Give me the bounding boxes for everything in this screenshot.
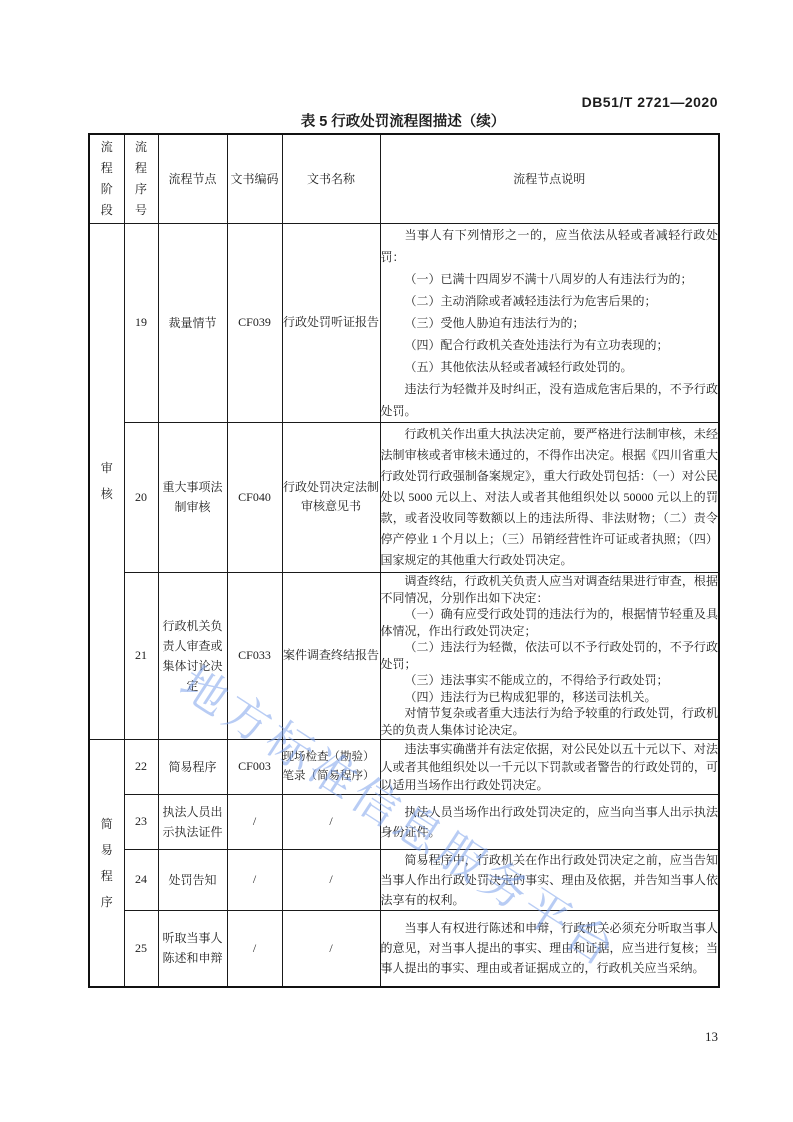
- header-desc: 流程节点说明: [380, 134, 719, 223]
- table-header-row: 流程阶段 流程序号 流程节点 文书编码 文书名称 流程节点说明: [89, 134, 719, 223]
- desc-cell: 简易程序中，行政机关在作出行政处罚决定之前，应当告知当事人作出行政处罚决定的事实…: [380, 849, 719, 910]
- header-stage: 流程阶段: [89, 134, 124, 223]
- table-row: 25 听取当事人陈述和申辩 / / 当事人有权进行陈述和申辩，行政机关必须充分听…: [89, 910, 719, 987]
- header-doc-name: 文书名称: [282, 134, 380, 223]
- doc-code-cell: CF039: [227, 223, 282, 422]
- doc-code-cell: CF040: [227, 422, 282, 572]
- seq-cell: 21: [124, 572, 158, 739]
- seq-cell: 25: [124, 910, 158, 987]
- seq-cell: 24: [124, 849, 158, 910]
- header-node: 流程节点: [158, 134, 227, 223]
- doc-name-cell: 现场检查（勘验）笔录（简易程序）: [282, 739, 380, 794]
- node-cell: 裁量情节: [158, 223, 227, 422]
- desc-cell: 违法事实确凿并有法定依据，对公民处以五十元以下、对法人或者其他组织处以一千元以下…: [380, 739, 719, 794]
- node-cell: 执法人员出示执法证件: [158, 794, 227, 849]
- doc-name-cell: /: [282, 794, 380, 849]
- doc-name-cell: /: [282, 849, 380, 910]
- doc-name-cell: /: [282, 910, 380, 987]
- doc-code-cell: /: [227, 910, 282, 987]
- node-cell: 重大事项法制审核: [158, 422, 227, 572]
- table-row: 21 行政机关负责人审查或集体讨论决定 CF033 案件调查终结报告 调查终结，…: [89, 572, 719, 739]
- table-row: 20 重大事项法制审核 CF040 行政处罚决定法制审核意见书 行政机关作出重大…: [89, 422, 719, 572]
- desc-cell: 执法人员当场作出行政处罚决定的，应当向当事人出示执法身份证件。: [380, 794, 719, 849]
- table-row: 简易程序 22 简易程序 CF003 现场检查（勘验）笔录（简易程序） 违法事实…: [89, 739, 719, 794]
- doc-code-cell: CF003: [227, 739, 282, 794]
- table-title: 表 5 行政处罚流程图描述（续）: [88, 110, 718, 131]
- table-row: 24 处罚告知 / / 简易程序中，行政机关在作出行政处罚决定之前，应当告知当事…: [89, 849, 719, 910]
- stage-cell-review: 审核: [89, 223, 124, 739]
- seq-cell: 23: [124, 794, 158, 849]
- doc-name-cell: 案件调查终结报告: [282, 572, 380, 739]
- doc-code-cell: /: [227, 794, 282, 849]
- document-page: DB51/T 2721—2020 表 5 行政处罚流程图描述（续） 流程阶段 流…: [0, 0, 793, 1122]
- table-row: 23 执法人员出示执法证件 / / 执法人员当场作出行政处罚决定的，应当向当事人…: [89, 794, 719, 849]
- seq-cell: 20: [124, 422, 158, 572]
- doc-name-cell: 行政处罚听证报告: [282, 223, 380, 422]
- desc-cell: 调查终结，行政机关负责人应当对调查结果进行审查，根据不同情况，分别作出如下决定：…: [380, 572, 719, 739]
- stage-cell-simple-procedure: 简易程序: [89, 739, 124, 987]
- standard-code: DB51/T 2721—2020: [582, 94, 718, 110]
- seq-cell: 22: [124, 739, 158, 794]
- table-row: 审核 19 裁量情节 CF039 行政处罚听证报告 当事人有下列情形之一的，应当…: [89, 223, 719, 422]
- seq-cell: 19: [124, 223, 158, 422]
- desc-cell: 当事人有下列情形之一的，应当依法从轻或者减轻行政处罚： （一）已满十四周岁不满十…: [380, 223, 719, 422]
- node-cell: 听取当事人陈述和申辩: [158, 910, 227, 987]
- desc-cell: 行政机关作出重大执法决定前，要严格进行法制审核，未经法制审核或者审核未通过的，不…: [380, 422, 719, 572]
- doc-code-cell: CF033: [227, 572, 282, 739]
- page-number: 13: [705, 1029, 718, 1045]
- desc-cell: 当事人有权进行陈述和申辩，行政机关必须充分听取当事人的意见，对当事人提出的事实、…: [380, 910, 719, 987]
- node-cell: 处罚告知: [158, 849, 227, 910]
- doc-name-cell: 行政处罚决定法制审核意见书: [282, 422, 380, 572]
- header-doc-code: 文书编码: [227, 134, 282, 223]
- node-cell: 简易程序: [158, 739, 227, 794]
- node-cell: 行政机关负责人审查或集体讨论决定: [158, 572, 227, 739]
- penalty-process-table: 流程阶段 流程序号 流程节点 文书编码 文书名称 流程节点说明 审核 19 裁量…: [88, 133, 720, 988]
- doc-code-cell: /: [227, 849, 282, 910]
- header-seq: 流程序号: [124, 134, 158, 223]
